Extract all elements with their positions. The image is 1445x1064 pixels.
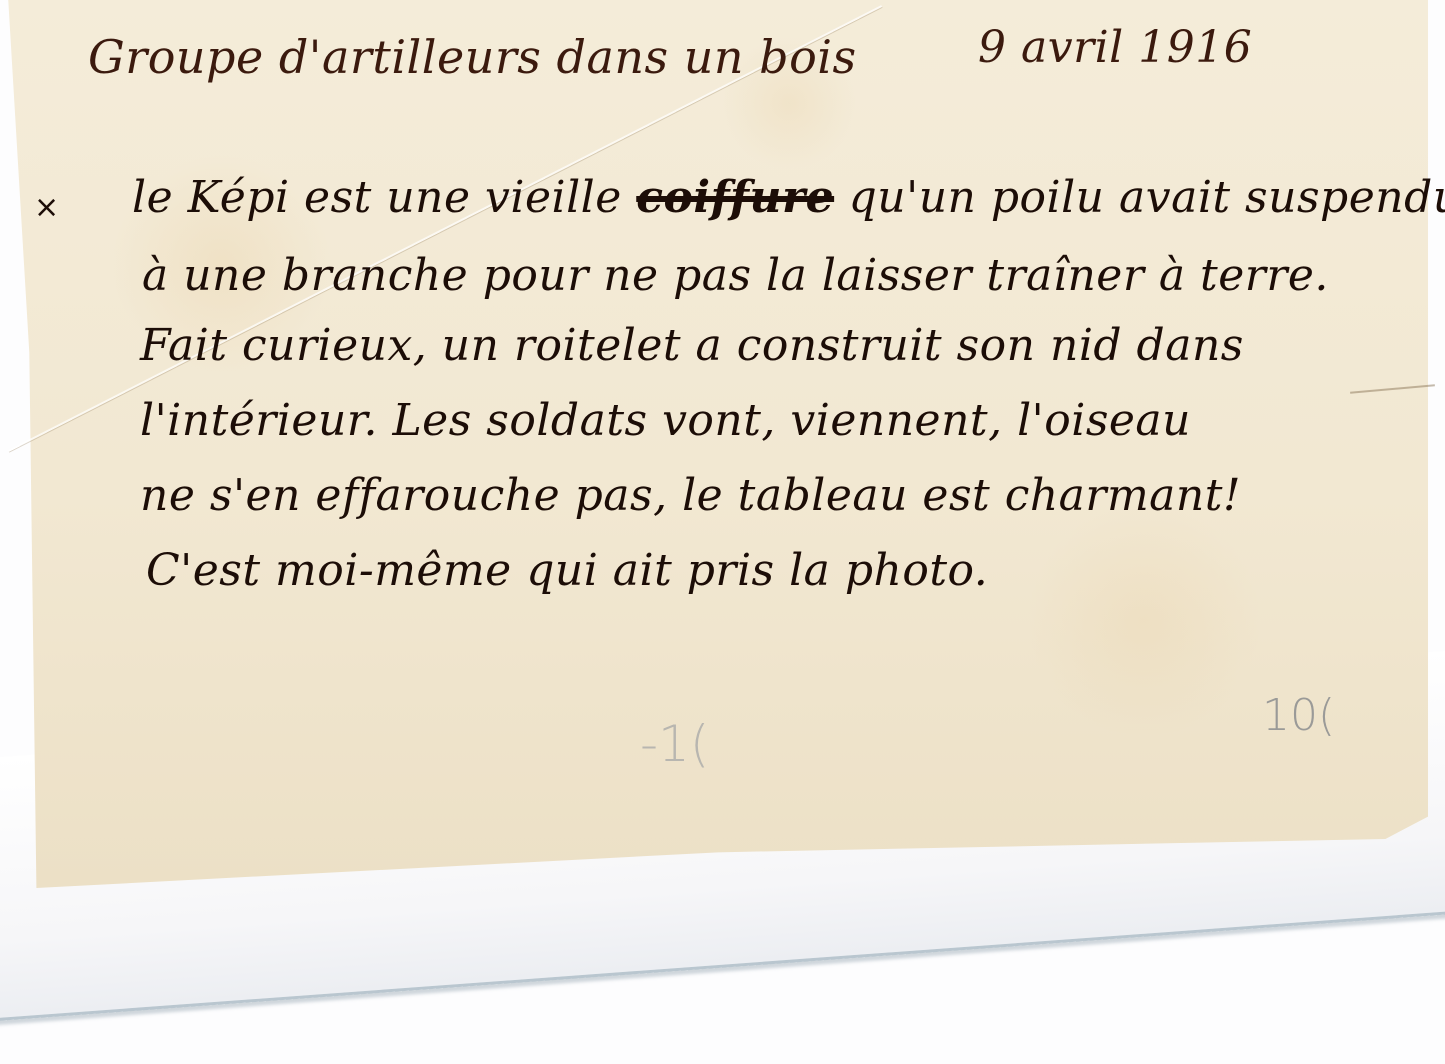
body-line-6: C'est moi-même qui ait pris la photo. xyxy=(146,545,988,596)
caption-date: 9 avril 1916 xyxy=(978,22,1252,73)
body-line-1: le Képi est une vieille coiffure qu'un p… xyxy=(132,172,1445,223)
body-line-1-pre: le Képi est une vieille xyxy=(132,172,636,223)
body-line-4: l'intérieur. Les soldats vont, viennent,… xyxy=(140,395,1191,446)
body-line-5: ne s'en effarouche pas, le tableau est c… xyxy=(140,470,1241,521)
caption-title: Groupe d'artilleurs dans un bois xyxy=(88,30,857,84)
scanned-document: Groupe d'artilleurs dans un bois 9 avril… xyxy=(0,0,1445,1064)
struck-word: coiffure xyxy=(636,172,834,223)
body-line-2: à une branche pour ne pas la laisser tra… xyxy=(142,250,1329,301)
body-line-3: Fait curieux, un roitelet a construit so… xyxy=(140,320,1244,371)
pencil-number: 10( xyxy=(1262,690,1335,741)
body-line-1-post: qu'un poilu avait suspendue xyxy=(834,172,1445,223)
pencil-faint-mark: -1( xyxy=(640,715,709,773)
cross-marker: × xyxy=(34,190,60,225)
